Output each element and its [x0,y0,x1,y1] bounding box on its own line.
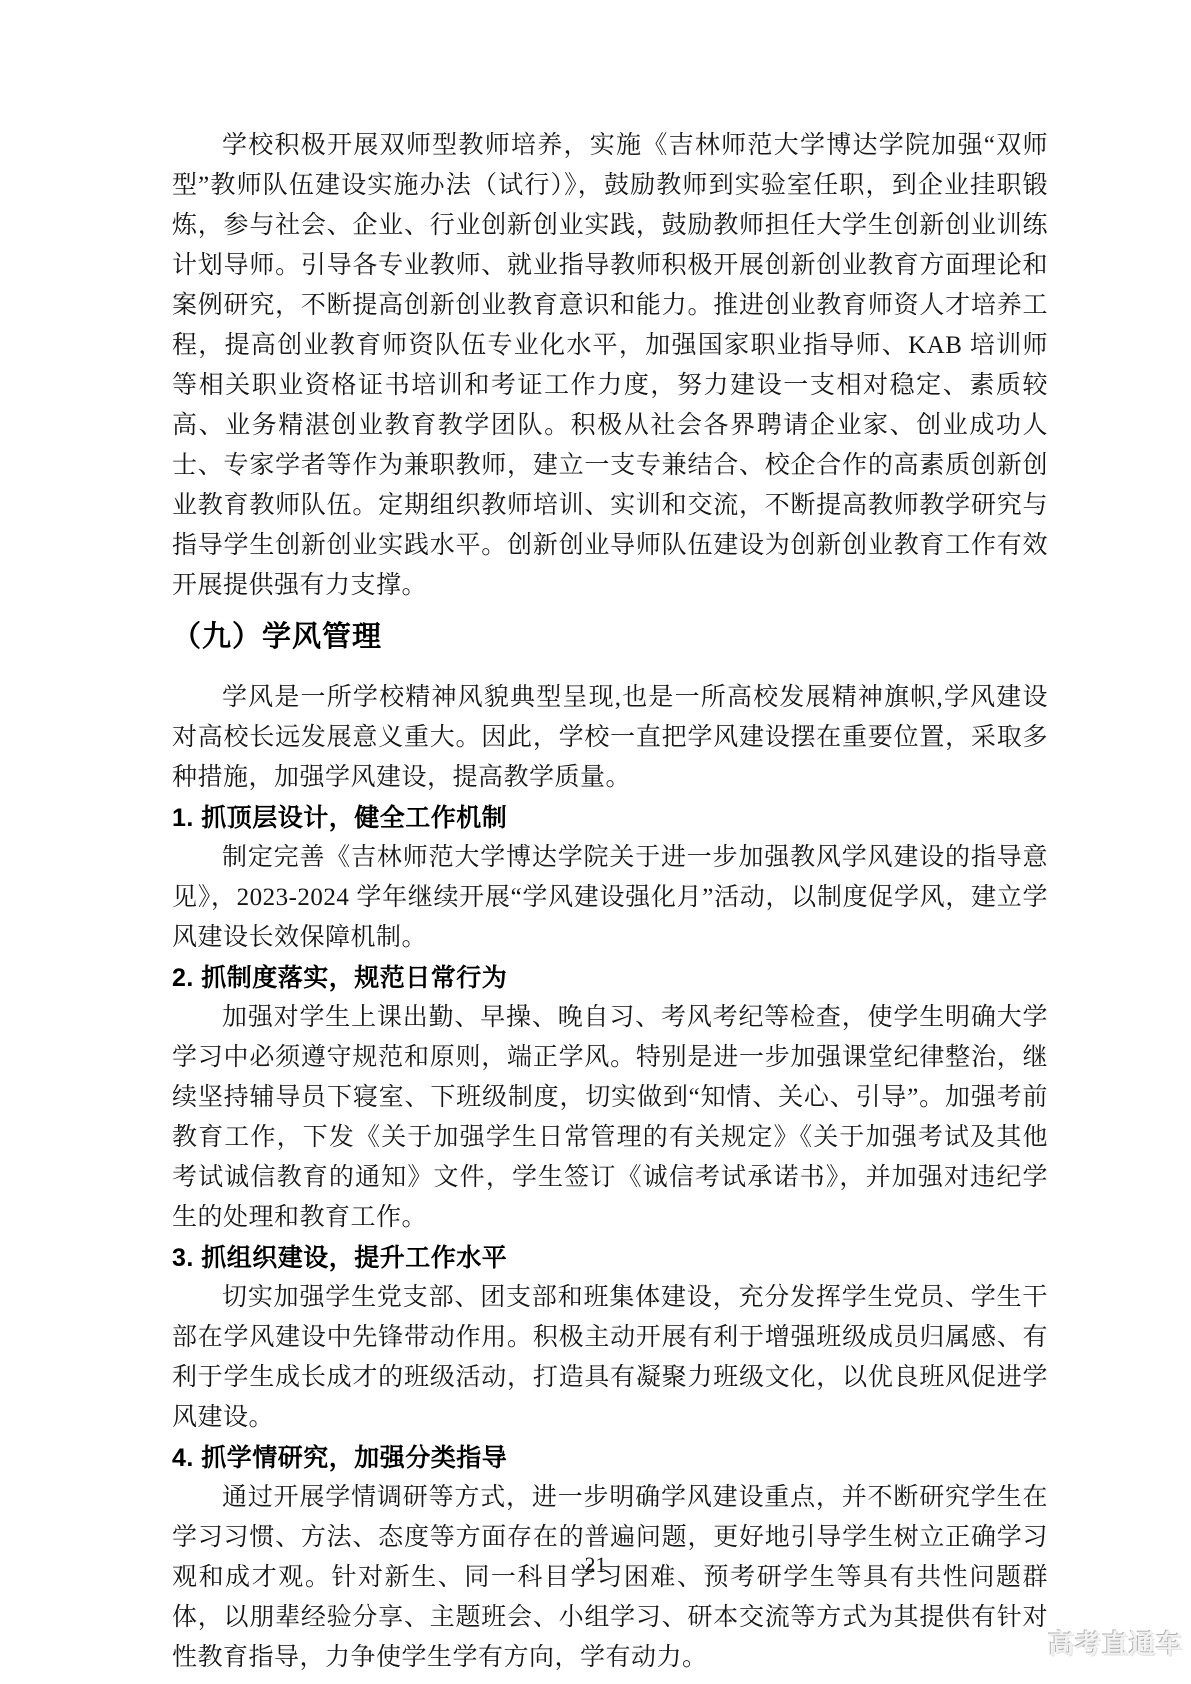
paragraph-teacher-training: 学校积极开展双师型教师培养，实施《吉林师范大学博达学院加强“双师型”教师队伍建设… [172,126,1048,606]
paragraph-study-style-intro: 学风是一所学校精神风貌典型呈现,也是一所高校发展精神旗帜,学风建设对高校长远发展… [172,678,1048,798]
page-number: 21 [0,1551,1191,1579]
paragraph-daily-behavior: 加强对学生上课出勤、早操、晚自习、考风考纪等检查，使学生明确大学学习中必须遵守规… [172,998,1048,1238]
subheading-organization-building: 3. 抓组织建设，提升工作水平 [172,1238,1048,1278]
subheading-top-level-design: 1. 抓顶层设计，健全工作机制 [172,798,1048,838]
page-content: 学校积极开展双师型教师培养，实施《吉林师范大学博达学院加强“双师型”教师队伍建设… [172,126,1048,1678]
section-heading-study-style-management: （九）学风管理 [172,616,1048,658]
paragraph-top-level-design: 制定完善《吉林师范大学博达学院关于进一步加强教风学风建设的指导意见》，2023-… [172,838,1048,958]
subheading-system-implementation: 2. 抓制度落实，规范日常行为 [172,958,1048,998]
subheading-learning-research: 4. 抓学情研究，加强分类指导 [172,1438,1048,1478]
watermark-gaokao-express: 高考直通车 [1048,1629,1183,1659]
document-page: 学校积极开展双师型教师培养，实施《吉林师范大学博达学院加强“双师型”教师队伍建设… [0,0,1191,1684]
paragraph-organization-building: 切实加强学生党支部、团支部和班集体建设，充分发挥学生党员、学生干部在学风建设中先… [172,1278,1048,1438]
